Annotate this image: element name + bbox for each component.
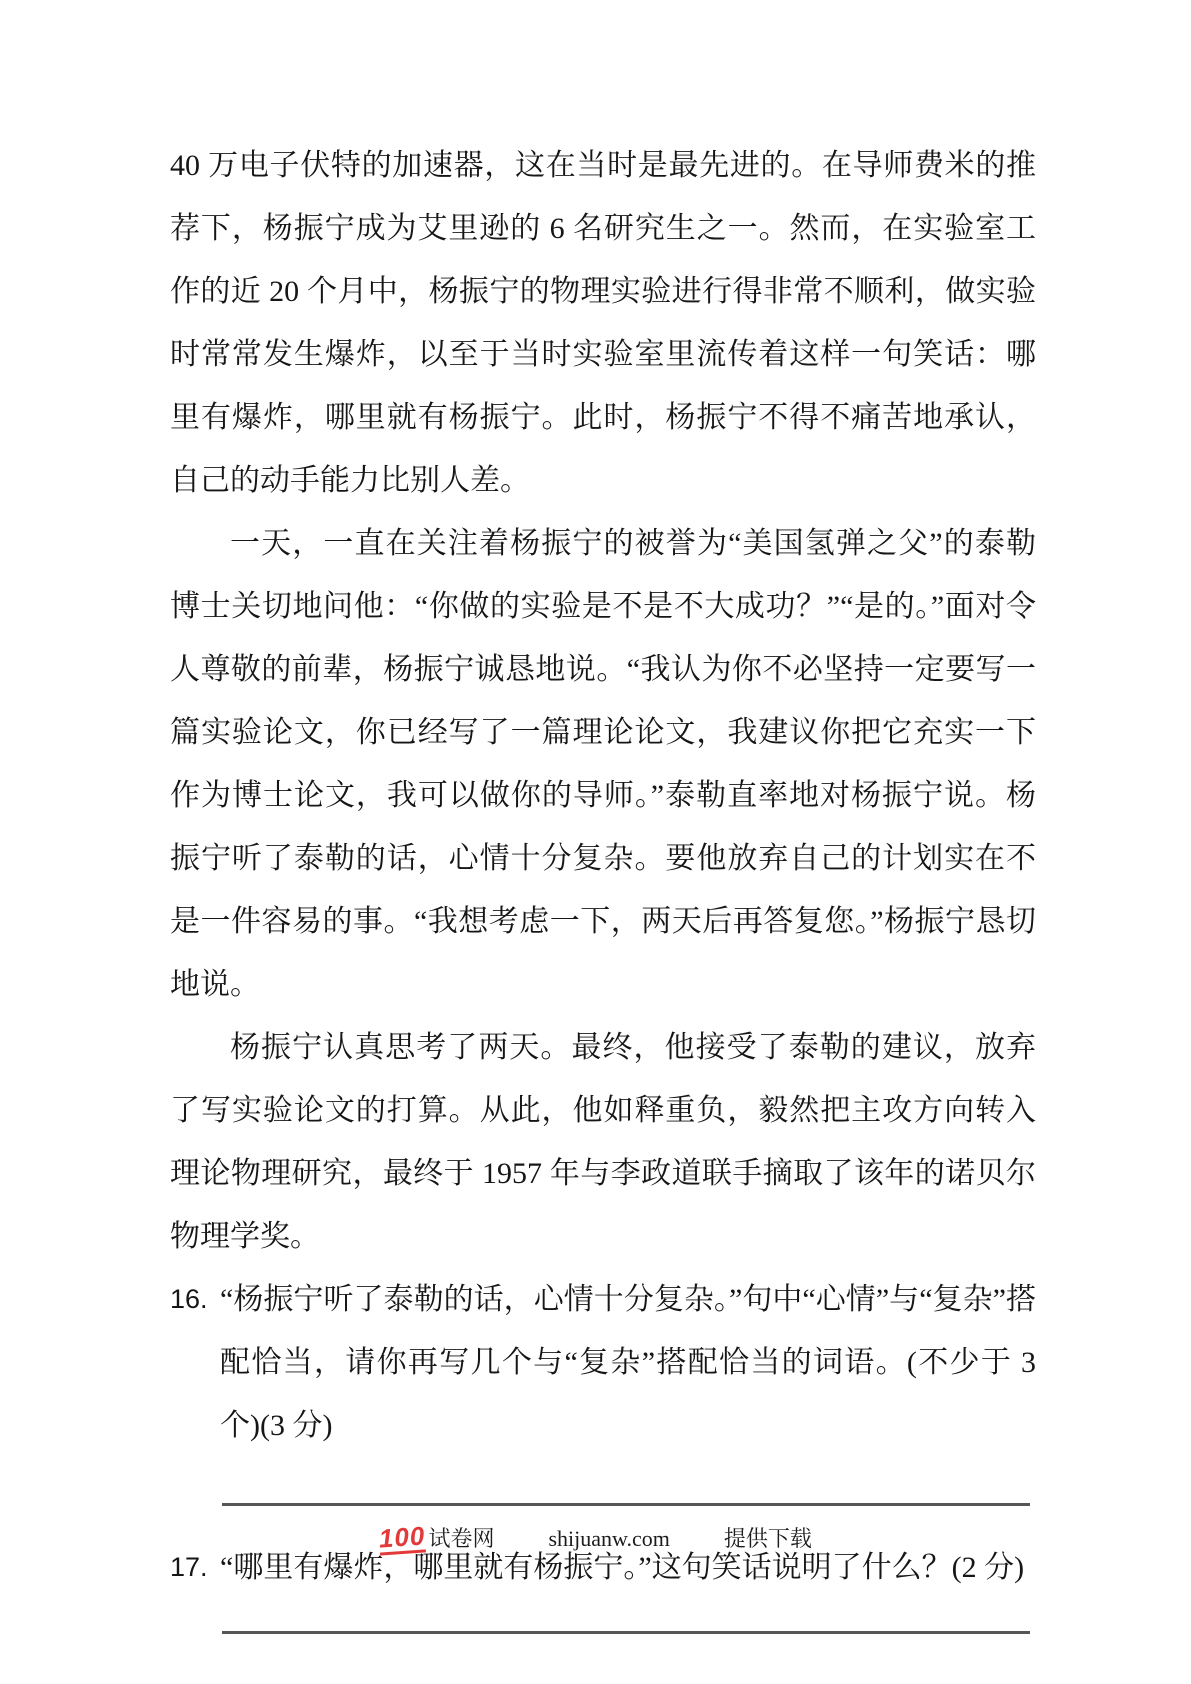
answer-blank-line-q17 <box>222 1631 1030 1634</box>
article-paragraph: 一天，一直在关注着杨振宁的被誉为“美国氢弹之父”的泰勒博士关切地问他：“你做的实… <box>170 512 1036 1016</box>
page-content: 40 万电子伏特的加速器，这在当时是最先进的。在导师费米的推荐下，杨振宁成为艾里… <box>170 134 1036 1634</box>
answer-blank-line-q16 <box>222 1503 1030 1506</box>
article-paragraph: 杨振宁认真思考了两天。最终，他接受了泰勒的建议，放弃了写实验论文的打算。从此，他… <box>170 1016 1036 1268</box>
question-16-text: “杨振宁听了泰勒的话，心情十分复杂。”句中“心情”与“复杂”搭配恰当，请你再写几… <box>220 1268 1036 1457</box>
page-footer: 100 试卷网 shijuanw.com 提供下载 <box>0 1522 1191 1554</box>
question-16-number: 16. <box>170 1268 220 1457</box>
brand-100-logo: 100 <box>378 1522 426 1555</box>
exam-paper-page: 40 万电子伏特的加速器，这在当时是最先进的。在导师费米的推荐下，杨振宁成为艾里… <box>0 0 1191 1684</box>
question-16: 16. “杨振宁听了泰勒的话，心情十分复杂。”句中“心情”与“复杂”搭配恰当，请… <box>170 1268 1036 1457</box>
footer-brand: 100 试卷网 <box>379 1522 494 1554</box>
footer-site-domain: shijuanw.com <box>549 1526 670 1552</box>
footer-download-label: 提供下载 <box>724 1522 812 1553</box>
article-paragraph: 40 万电子伏特的加速器，这在当时是最先进的。在导师费米的推荐下，杨振宁成为艾里… <box>170 134 1036 512</box>
brand-name: 试卷网 <box>428 1522 494 1553</box>
